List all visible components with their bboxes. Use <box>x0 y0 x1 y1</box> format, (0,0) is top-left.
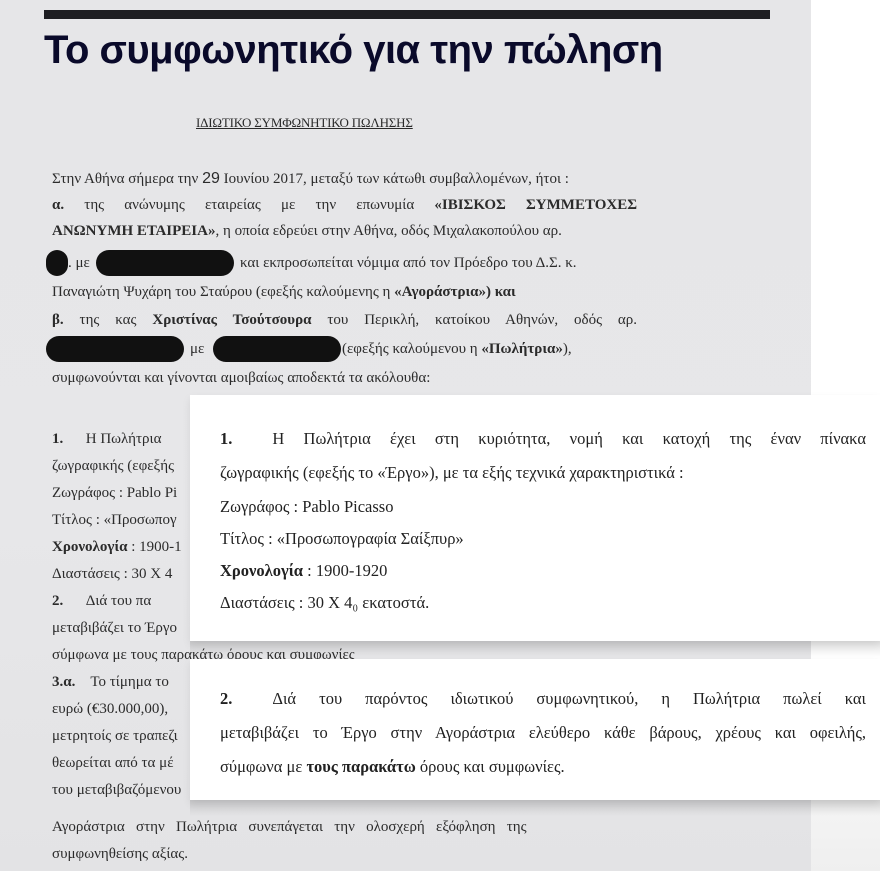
title-label: Τίτλος <box>220 529 264 548</box>
document-title: ΙΔΙΩΤΙΚΟ ΣΥΜΦΩΝΗΤΙΚΟ ΠΩΛΗΣΗΣ <box>196 115 413 131</box>
party-a-line-4: Παναγιώτη Ψυχάρη του Σταύρου (εφεξής καλ… <box>52 283 516 301</box>
panel-shadow <box>190 800 880 816</box>
party-a-text: της ανώνυμης εταιρείας με την επωνυμία <box>84 197 414 213</box>
bg-fragment: θεωρείται από τα μέ <box>52 754 174 772</box>
clause-text-end: όρους και συμφωνίες. <box>420 757 565 776</box>
clause-text: Η Πωλήτρια έχει στη κυριότητα, νομή και … <box>272 429 866 449</box>
bg-fragment: Ζωγράφος : Pablo Pi <box>52 484 177 502</box>
party-a-label: α. <box>52 197 64 213</box>
company-address: , η οποία εδρεύει στην Αθήνα, οδός Μιχαλ… <box>215 223 561 239</box>
party-b-label: β. <box>52 312 64 328</box>
punct: ), <box>563 341 572 357</box>
redaction <box>46 250 68 276</box>
clause-2-line-2: μεταβιβάζει το Έργο στην Αγοράστρια ελεύ… <box>220 723 866 743</box>
fragment-text: Η Πωλήτρια <box>86 431 162 447</box>
painter-label: Ζωγράφος <box>220 497 289 516</box>
date-label: Χρονολογία <box>220 561 303 580</box>
bg-fragment: μεταβιβάζει το Έργο <box>52 619 177 637</box>
zoom-panel-clause-2: 2. Διά του παρόντος ιδιωτικού συμφωνητικ… <box>190 659 880 800</box>
header-rule <box>44 10 770 19</box>
clause-number: 2. <box>52 593 63 609</box>
party-b-line-2a: με <box>190 340 204 358</box>
party-a-line-3b: και εκπροσωπείται νόμιμα από τον Πρόεδρο… <box>240 254 577 272</box>
party-a-line-1: α. της ανώνυμης εταιρείας με την επωνυμί… <box>52 196 637 214</box>
fragment-text: Διά του πα <box>86 593 151 609</box>
fragment-text: : 1900-1 <box>131 539 181 555</box>
dimensions-row: Διαστάσεις : 30 Χ 4₀ εκατοστά. <box>220 593 429 613</box>
fragment-text: Το τίμημα το <box>90 674 169 690</box>
redaction <box>46 336 184 362</box>
party-a-line-2: ΑΝΩΝΥΜΗ ΕΤΑΙΡΕΙΑ», η οποία εδρεύει στην … <box>52 222 562 240</box>
headline: Το συμφωνητικό για την πώληση <box>44 28 663 73</box>
zoom-panel-clause-1: 1. Η Πωλήτρια έχει στη κυριότητα, νομή κ… <box>190 395 880 641</box>
bg-fragment: του μεταβιβαζόμενου <box>52 781 181 799</box>
company-name: «ΙΒΙΣΚΟΣ ΣΥΜΜΕΤΟΧΕΣ <box>434 197 637 213</box>
clause-bold: τους παρακάτω <box>306 757 415 776</box>
intro-line: Στην Αθήνα σήμερα την 29 Ιουνίου 2017, μ… <box>52 170 569 188</box>
painter-row: Ζωγράφος : Pablo Picasso <box>220 497 393 517</box>
clause-number: 1. <box>52 431 63 447</box>
bg-fragment: ζωγραφικής (εφεξής <box>52 457 174 475</box>
dimensions-value: : 30 Χ 4₀ εκατοστά. <box>299 593 429 612</box>
redaction <box>96 250 234 276</box>
bg-fragment: 1. Η Πωλήτρια <box>52 430 161 448</box>
redaction <box>213 336 341 362</box>
bg-fragment: Τίτλος : «Προσωπογ <box>52 511 177 529</box>
bg-fragment: 3.α. Το τίμημα το <box>52 673 169 691</box>
title-row: Τίτλος : «Προσωπογραφία Σαίξπυρ» <box>220 529 464 549</box>
clause-2-line-3: σύμφωνα με τους παρακάτω όρους και συμφω… <box>220 757 565 777</box>
bg-fragment: ευρώ (€30.000,00), <box>52 700 168 718</box>
clause-text: Διά του παρόντος ιδιωτικού συμφωνητικού,… <box>272 689 866 709</box>
bg-fragment: Χρονολογία : 1900-1 <box>52 538 182 556</box>
party-b-desc: (εφεξής καλούμενου η <box>342 341 478 357</box>
seller-label: «Πωλήτρια» <box>481 341 562 357</box>
intro-text-end: Ιουνίου 2017, μεταξύ των κάτωθι συμβαλλο… <box>224 171 569 187</box>
representative: Παναγιώτη Ψυχάρη του Σταύρου (εφεξής καλ… <box>52 284 390 300</box>
clause-number: 1. <box>220 429 232 449</box>
seller-name: Χριστίνας Τσούτσουρα <box>152 312 311 328</box>
party-b-line-1: β. της κας Χριστίνας Τσούτσουρα του Περι… <box>52 311 637 329</box>
dimensions-label: Διαστάσεις <box>220 593 295 612</box>
bg-fragment: μετρητοίς σε τραπεζι <box>52 727 178 745</box>
painter-value: : Pablo Picasso <box>294 497 394 516</box>
bg-fragment: 2. Διά του πα <box>52 592 151 610</box>
bg-fragment: συμφωνηθείσης αξίας. <box>52 845 188 863</box>
clause-number: 3.α. <box>52 674 75 690</box>
fragment-label: Χρονολογία <box>52 539 127 555</box>
bg-fragment: Αγοράστρια στην Πωλήτρια συνεπάγεται την… <box>52 818 527 836</box>
party-a-line-3a: . με <box>68 254 90 272</box>
clause-text: σύμφωνα με <box>220 757 302 776</box>
date-row: Χρονολογία : 1900-1920 <box>220 561 387 581</box>
party-b-pre: της κας <box>80 312 137 328</box>
bg-fragment: Διαστάσεις : 30 Χ 4 <box>52 565 172 583</box>
clause-1-line-1: 1. Η Πωλήτρια έχει στη κυριότητα, νομή κ… <box>220 429 866 449</box>
handwritten-date: 29 <box>202 170 220 187</box>
clause-2-line-1: 2. Διά του παρόντος ιδιωτικού συμφωνητικ… <box>220 689 866 709</box>
agreement-line: συμφωνούνται και γίνονται αμοιβαίως αποδ… <box>52 369 430 387</box>
panel-shadow <box>190 641 880 657</box>
title-value: : «Προσωπογραφία Σαίξπυρ» <box>268 529 464 548</box>
company-name-cont: ΑΝΩΝΥΜΗ ΕΤΑΙΡΕΙΑ» <box>52 223 215 239</box>
clause-1-line-2: ζωγραφικής (εφεξής το «Έργο»), με τα εξή… <box>220 463 684 483</box>
clause-number: 2. <box>220 689 232 709</box>
date-value: : 1900-1920 <box>307 561 387 580</box>
party-b-post: του Περικλή, κατοίκου Αθηνών, οδός αρ. <box>327 312 637 328</box>
buyer-label: «Αγοράστρια») και <box>394 284 516 300</box>
intro-text: Στην Αθήνα σήμερα την <box>52 171 198 187</box>
party-b-line-2b: (εφεξής καλούμενου η «Πωλήτρια»), <box>342 340 572 358</box>
